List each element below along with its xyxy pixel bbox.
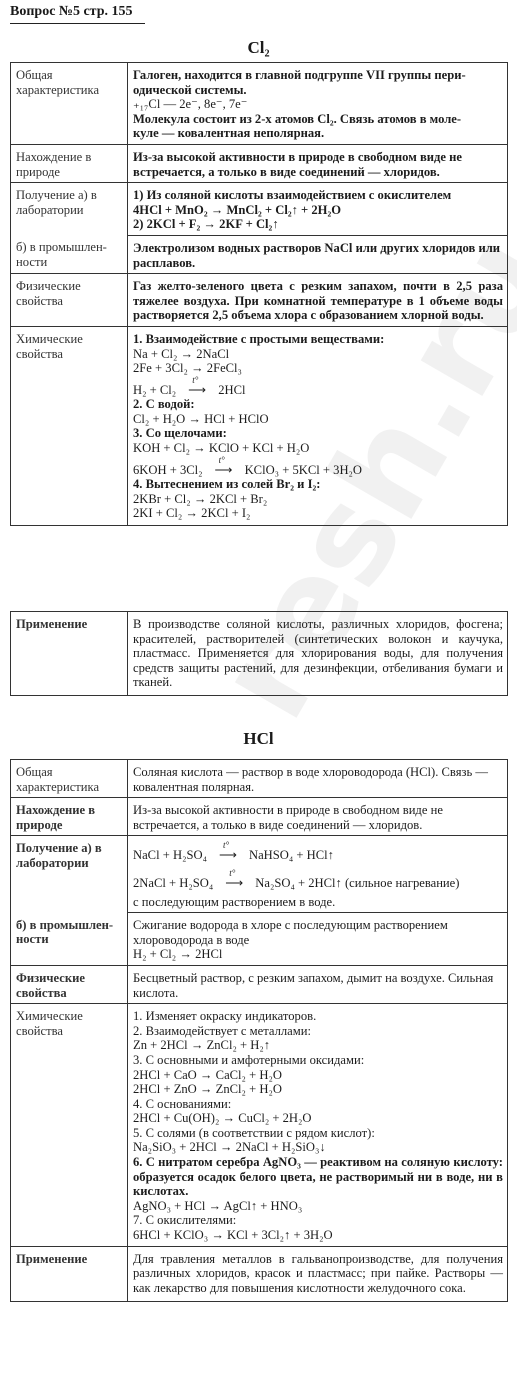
section-heading: 7. С окислителями:: [133, 1213, 503, 1228]
row-label: Применение: [11, 612, 128, 696]
silver-nitrate-text: 6. С нитратом серебра AgNO₃ — реактивом …: [133, 1155, 503, 1199]
row-value: 1. Изменяет окраску индикаторов.2. Взаим…: [128, 1004, 508, 1247]
hcl-table: Общая характеристика Соляная кислота — р…: [10, 759, 508, 1302]
row-value: В производстве соляной кислоты, различны…: [128, 612, 508, 696]
equation: 2KBr + Cl₂ → 2KCl + Br₂: [133, 492, 503, 507]
equation: 6HCl + KClO₃ → KCl + 3Cl₂↑ + 3H₂O: [133, 1228, 503, 1243]
row-value: Бесцветный раствор, с резким запахом, ды…: [128, 965, 508, 1003]
table-row: Получение а) в лаборатории NaCl + H₂SO₄t…: [11, 836, 508, 913]
equation: 2) 2KCl + F₂ → 2KF + Cl₂↑: [133, 217, 503, 232]
equation: Zn + 2HCl → ZnCl₂ + H₂↑: [133, 1038, 503, 1053]
text-line: куле — ковалентная неполярная.: [133, 126, 503, 141]
row-label: Физические свойства: [11, 965, 128, 1003]
row-label: Химические свойства: [11, 1004, 128, 1247]
text-line: Молекула состоит из 2-х атомов Cl₂. Связ…: [133, 112, 503, 127]
row-label: Нахождение в природе: [11, 144, 128, 182]
equation: 2NaCl + H₂SO₄t°⟶Na₂SO₄ + 2HCl↑ (сильное …: [133, 876, 503, 891]
equation: 4HCl + MnO₂ → MnCl₂ + Cl₂↑ + 2H₂O: [133, 203, 503, 218]
cl2-usage-table: Применение В производстве соляной кислот…: [10, 611, 508, 696]
text-line: хлороводорода в воде: [133, 933, 503, 948]
section-heading: 2. Взаимодействует с металлами:: [133, 1024, 503, 1039]
table-row: Получение а) в лаборатории 1) Из соляной…: [11, 183, 508, 236]
row-label: Общая характеристика: [11, 63, 128, 145]
text-line: Сжигание водорода в хлоре с последующим …: [133, 918, 503, 933]
row-label: Получение а) в лаборатории: [11, 836, 128, 913]
table-row: Общая характеристика Соляная кислота — р…: [11, 760, 508, 798]
row-value: 1. Взаимодействие с простыми веществами:…: [128, 326, 508, 525]
table-row: б) в промышлен-ности Электролизом водных…: [11, 235, 508, 273]
row-value: Сжигание водорода в хлоре с последующим …: [128, 913, 508, 966]
table-row: Физические свойства Бесцветный раствор, …: [11, 965, 508, 1003]
row-value: Электролизом водных растворов NaCl или д…: [128, 235, 508, 273]
cl2-section-title: Cl₂: [0, 38, 517, 58]
equation: 2HCl + ZnO → ZnCl₂ + H₂O: [133, 1082, 503, 1097]
text-line: одической системы.: [133, 83, 503, 98]
row-value: Соляная кислота — раствор в воде хлорово…: [128, 760, 508, 798]
equation: Na + Cl₂ → 2NaCl: [133, 347, 503, 362]
row-label: б) в промышлен-ности: [11, 913, 128, 966]
row-value: Для травления металлов в гальванопроизво…: [128, 1246, 508, 1302]
section-heading: 1. Изменяет окраску индикаторов.: [133, 1009, 503, 1024]
text-line: 1) Из соляной кислоты взаимодействием с …: [133, 188, 503, 203]
text-line: с последующим растворением в воде.: [133, 895, 503, 910]
row-value: Из-за высокой активности в природе в сво…: [128, 144, 508, 182]
section-heading: 1. Взаимодействие с простыми веществами:: [133, 332, 503, 347]
equation: Cl₂ + H₂O → HCl + HClO: [133, 412, 503, 427]
section-heading: 4. Вытеснением из солей Br₂ и I₂:: [133, 477, 503, 492]
equation: 6KOH + 3Cl₂t°⟶KClO₃ + 5KCl + 3H₂O: [133, 463, 503, 478]
section-heading: 5. С солями (в соответствии с рядом кисл…: [133, 1126, 503, 1141]
heat-arrow-icon: t°⟶: [211, 848, 245, 863]
row-value: Газ желто-зеленого цвета с резким запахо…: [128, 274, 508, 327]
table-row: Нахождение в природе Из-за высокой актив…: [11, 798, 508, 836]
table-row: Применение Для травления металлов в галь…: [11, 1246, 508, 1302]
table-row: Химические свойства 1. Изменяет окраску …: [11, 1004, 508, 1247]
equation: 2HCl + CaO → CaCl₂ + H₂O: [133, 1068, 503, 1083]
heat-arrow-icon: t°⟶: [207, 463, 241, 478]
row-value: NaCl + H₂SO₄t°⟶NaHSO₄ + HCl↑ 2NaCl + H₂S…: [128, 836, 508, 913]
row-label: Получение а) в лаборатории: [11, 183, 128, 236]
row-value: Галоген, находится в главной подгруппе V…: [128, 63, 508, 145]
heat-arrow-icon: t°⟶: [217, 876, 251, 891]
table-row: Применение В производстве соляной кислот…: [11, 612, 508, 696]
equation: AgNO₃ + HCl → AgCl↑ + HNO₃: [133, 1199, 503, 1214]
equation: H₂ + Cl₂t°⟶2HCl: [133, 383, 503, 398]
table-row: Общая характеристика Галоген, находится …: [11, 63, 508, 145]
row-label: б) в промышлен-ности: [11, 235, 128, 273]
row-label: Применение: [11, 1246, 128, 1302]
equation: 2KI + Cl₂ → 2KCl + I₂: [133, 506, 503, 521]
row-label: Химические свойства: [11, 326, 128, 525]
table-row: Физические свойства Газ желто-зеленого ц…: [11, 274, 508, 327]
row-value: Из-за высокой активности в природе в сво…: [128, 798, 508, 836]
hcl-section-title: HCl: [0, 729, 517, 749]
equation: NaCl + H₂SO₄t°⟶NaHSO₄ + HCl↑: [133, 848, 503, 863]
question-header: Вопрос №5 стр. 155: [10, 4, 145, 24]
section-heading: 2. С водой:: [133, 397, 503, 412]
text-line: Галоген, находится в главной подгруппе V…: [133, 68, 503, 83]
table-row: б) в промышлен-ности Сжигание водорода в…: [11, 913, 508, 966]
equation: Na₂SiO₃ + 2HCl → 2NaCl + H₂SiO₃↓: [133, 1140, 503, 1155]
equation: 2Fe + 3Cl₂ → 2FeCl₃: [133, 361, 503, 376]
row-label: Нахождение в природе: [11, 798, 128, 836]
heat-arrow-icon: t°⟶: [180, 383, 214, 398]
section-heading: 3. Со щелочами:: [133, 426, 503, 441]
cl2-table: Общая характеристика Галоген, находится …: [10, 62, 508, 526]
section-heading: 3. С основными и амфотерными оксидами:: [133, 1053, 503, 1068]
row-label: Физические свойства: [11, 274, 128, 327]
table-row: Химические свойства 1. Взаимодействие с …: [11, 326, 508, 525]
row-label: Общая характеристика: [11, 760, 128, 798]
table-row: Нахождение в природе Из-за высокой актив…: [11, 144, 508, 182]
equation: H₂ + Cl₂ → 2HCl: [133, 947, 503, 962]
equation: 2HCl + Cu(OH)₂ → CuCl₂ + 2H₂O: [133, 1111, 503, 1126]
row-value: 1) Из соляной кислоты взаимодействием с …: [128, 183, 508, 236]
electron-config: ₊₁₇Cl — 2e⁻, 8e⁻, 7e⁻: [133, 97, 503, 112]
section-heading: 4. С основаниями:: [133, 1097, 503, 1112]
equation: KOH + Cl₂ → KClO + KCl + H₂O: [133, 441, 503, 456]
